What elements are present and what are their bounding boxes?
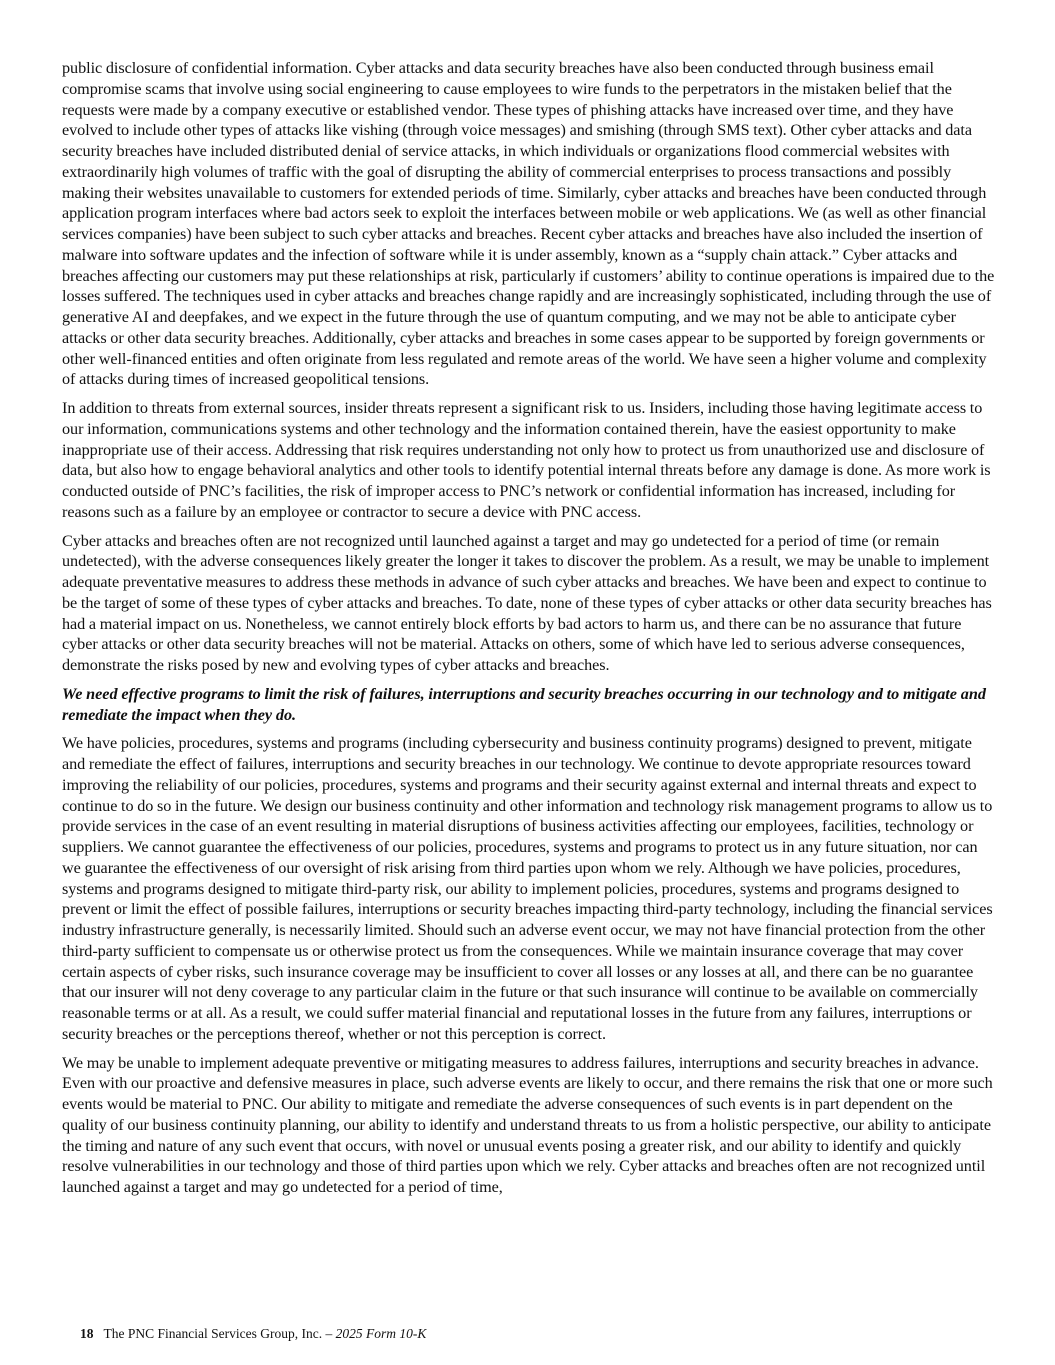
section-heading-effective-programs: We need effective programs to limit the …	[62, 684, 995, 726]
paragraph-insider-threats: In addition to threats from external sou…	[62, 398, 995, 523]
paragraph-cyber-attack-types: public disclosure of confidential inform…	[62, 58, 995, 390]
footer-company-name: The PNC Financial Services Group, Inc. –	[104, 1326, 336, 1341]
paragraph-undetected-attacks: Cyber attacks and breaches often are not…	[62, 531, 995, 676]
footer-form-title: 2025 Form 10-K	[336, 1326, 427, 1341]
document-page: public disclosure of confidential inform…	[62, 58, 995, 1206]
page-footer: 18The PNC Financial Services Group, Inc.…	[80, 1326, 426, 1342]
paragraph-policies-procedures: We have policies, procedures, systems an…	[62, 733, 995, 1044]
paragraph-preventive-measures: We may be unable to implement adequate p…	[62, 1053, 995, 1198]
page-number: 18	[80, 1326, 94, 1341]
